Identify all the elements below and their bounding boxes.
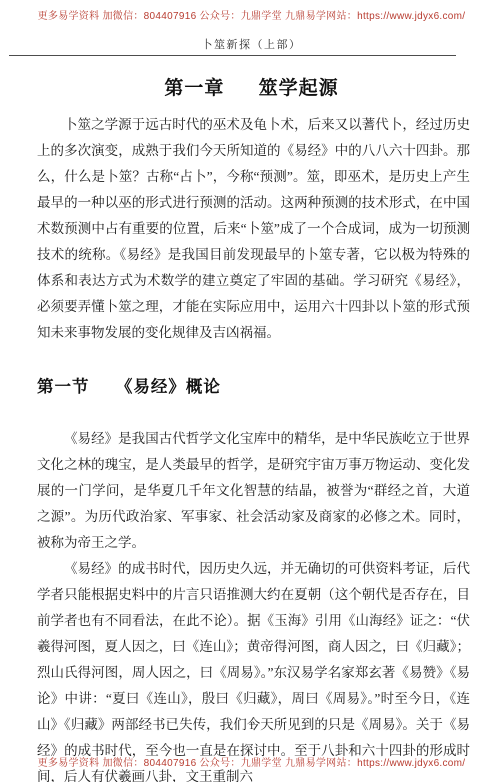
body-text: 卜筮之学源于远古时代的巫术及龟卜术，后来又以蓍代卜，经过历史上的多次演变，成熟于… — [37, 112, 470, 782]
section-label: 第一节 — [37, 377, 90, 396]
running-title: 卜筮新探（上部） — [0, 36, 503, 52]
chapter-title: 筮学起源 — [259, 78, 339, 99]
header-rule — [9, 55, 456, 56]
chapter-heading: 第一章筮学起源 — [0, 73, 503, 100]
page-number: 1 — [0, 720, 503, 732]
paragraph-2: 《易经》是我国古代哲学文化宝库中的精华，是中华民族屹立于世界文化之林的瑰宝，是人… — [37, 426, 470, 556]
paragraph-1: 卜筮之学源于远古时代的巫术及龟卜术，后来又以蓍代卜，经过历史上的多次演变，成熟于… — [37, 112, 470, 346]
document-page: 更多易学资料 加微信：804407916 公众号：九鼎学堂 九鼎易学网站：htt… — [0, 0, 503, 782]
chapter-label: 第一章 — [164, 78, 224, 99]
watermark-footer: 更多易学资料 加微信：804407916 公众号：九鼎学堂 九鼎易学网站：htt… — [0, 754, 503, 769]
paragraph-3: 《易经》的成书时代，因历史久远，并无确切的可供资料考证，后代学者只能根据史料中的… — [37, 556, 470, 782]
section-heading: 第一节《易经》概论 — [37, 374, 470, 400]
watermark-header: 更多易学资料 加微信：804407916 公众号：九鼎学堂 九鼎易学网站：htt… — [0, 7, 503, 22]
section-title: 《易经》概论 — [116, 377, 221, 396]
